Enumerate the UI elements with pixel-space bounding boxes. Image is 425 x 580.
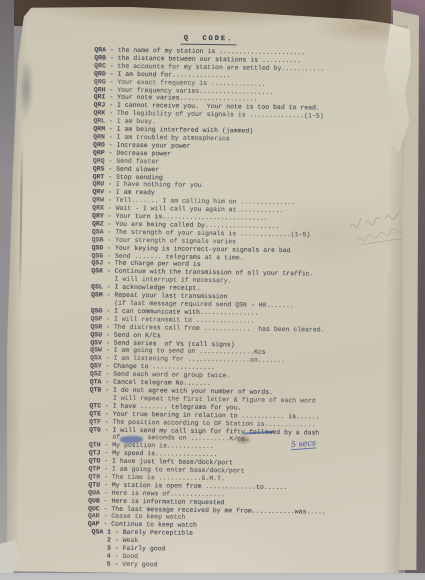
qcode-separator: - [104,165,116,172]
qcode-code: QRB [94,54,106,61]
qcode-code: QSV [90,339,102,346]
qcode-separator: - [102,323,114,330]
qcode-code: QSL [91,284,103,291]
qcode-list: QRA - the name of my station is ........… [87,46,408,572]
qcode-separator: - [102,307,114,314]
qcode-meaning: Increase your power [116,142,190,150]
qcode-separator: - [103,252,115,259]
qcode-separator: - [100,489,112,496]
background-bottom-strip [0,573,425,580]
qcode-code: QRG [94,78,106,85]
paper-crease [19,145,23,295]
qcode-separator: - [103,236,115,243]
qcode-code: QSP [91,315,103,322]
qcode-separator: - [101,379,113,386]
page-title: Q CODE. [181,35,237,46]
qcode-separator: - [104,228,116,235]
qcode-meaning: Send on K/Cs [114,331,161,339]
qcode-meaning: Cancel telegram No....... [113,379,211,387]
qcode-code: QTA [90,378,102,385]
qcode-meaning: Barely Perceptible [123,529,193,537]
handwritten-ink-note: 5 secs [291,438,317,450]
qcode-separator: - [100,481,112,488]
qcode-meaning: Very good [122,561,157,568]
qcode-separator: - [101,402,113,409]
qcode-code: QRH [94,86,106,93]
qcode-separator: - [105,149,117,156]
qcode-separator: - [101,442,113,449]
qcode-separator: - [102,371,114,378]
qcode-separator: - [103,284,115,291]
qcode-separator: - [111,529,123,536]
qcode-code: QRV [92,189,104,196]
qcode-separator: - [104,213,116,220]
qcode-separator: - [102,339,114,346]
qcode-code: QTC [89,402,101,409]
qcode-code: QSM [91,291,103,298]
qcode-separator: - [106,78,118,85]
qcode-separator: - [105,86,117,93]
qcode-code: QRS [93,165,105,172]
qcode-code: QSJ [91,260,103,267]
qcode-separator: - [106,70,118,77]
qcode-code: QRZ [92,220,104,227]
qcode-code: QSB [92,236,104,243]
qcode-code: QSD [92,244,104,251]
qcode-separator: - [111,537,123,544]
qcode-separator: - [105,134,117,141]
qcode-code: 5 [87,560,111,567]
qcode-code: QRC [94,62,106,69]
qcode-code: QRK [93,110,105,117]
qcode-separator: - [102,363,114,370]
qcode-meaning: Good [122,553,138,560]
qcode-code: QUC [88,505,100,512]
qcode-code: QSW [90,347,102,354]
qcode-separator: - [106,62,118,69]
qcode-code: QSU [90,331,102,338]
qcode-code: QTU [88,481,100,488]
qcode-separator: - [105,94,117,101]
qcode-separator: - [100,473,112,480]
qcode-separator: - [102,347,114,354]
typewritten-sheet: Q CODE. QRA - the name of my station is … [0,5,411,577]
qcode-separator: - [105,126,117,133]
ink-strikethrough-blot [120,436,143,443]
qcode-code: QSG [91,252,103,259]
qcode-code: QSA 1 [88,529,112,536]
qcode-separator: - [103,260,115,267]
qcode-separator: - [104,157,116,164]
qcode-meaning: Weak [123,537,139,544]
qcode-separator: - [105,141,117,148]
qcode-code: QSA [92,228,104,235]
qcode-code: 2 [87,537,111,544]
qcode-code: QTP [88,465,100,472]
qcode-separator: - [100,466,112,473]
qcode-code: QRA [94,46,106,53]
qcode-meaning: Fairly good [122,545,165,553]
qcode-code: QSK [91,268,103,275]
qcode-separator: - [111,553,123,560]
qcode-separator: - [102,331,114,338]
qcode-code: QRY [92,212,104,219]
qcode-separator: - [111,561,123,568]
qcode-code: QTE [89,410,101,417]
qcode-meaning: I am ready [116,189,155,197]
qcode-separator: - [104,197,116,204]
qcode-separator: - [100,458,112,465]
qcode-separator: - [106,47,118,54]
qcode-separator: - [101,426,113,433]
ink-smudge-stain [17,53,35,141]
qcode-separator: - [103,292,115,299]
qcode-code: QRX [92,204,104,211]
qcode-meaning: I acknowledge receipt. [114,284,200,292]
qcode-code: QRP [93,149,105,156]
qcode-separator: - [105,118,117,125]
qcode-separator: - [99,521,111,528]
qcode-separator: - [102,315,114,322]
qcode-separator: - [111,545,123,552]
qcode-separator: - [104,220,116,227]
qcode-meaning: Send faster [116,157,159,165]
qcode-separator: - [106,54,118,61]
qcode-separator: - [103,244,115,251]
qcode-separator: - [104,205,116,212]
qcode-code: QRM [93,125,105,132]
qcode-separator: - [104,189,116,196]
qcode-code: QSR [90,323,102,330]
qcode-separator: - [102,355,114,362]
qcode-code: QRD [94,70,106,77]
qcode-code: QTF [89,418,101,425]
qcode-separator: - [104,181,116,188]
qcode-meaning: Decrease power [116,149,171,157]
qcode-separator: - [103,268,115,275]
photographed-document: Q CODE. QRA - the name of my station is … [0,0,425,580]
qcode-code: QTJ [89,450,101,457]
qcode-code: QTO [89,457,101,464]
qcode-code: QRL [93,118,105,125]
qcode-code: QRT [93,173,105,180]
qcode-code: QRU [92,181,104,188]
qcode-separator: - [104,173,116,180]
title-row: Q CODE. [6,24,410,48]
qcode-separator: - [105,102,117,109]
qcode-separator: - [101,386,113,393]
qcode-code: QAR [88,513,100,520]
qcode-code: QRJ [94,102,106,109]
qcode-code: QTH [89,442,101,449]
qcode-separator: - [100,497,112,504]
qcode-code: QUA [88,489,100,496]
qcode-code: QRO [93,141,105,148]
qcode-meaning: Send slower [116,165,159,173]
qcode-separator: - [100,513,112,520]
qcode-code: QTB [90,386,102,393]
qcode-separator: - [100,505,112,512]
qcode-code: QTR [88,473,100,480]
qcode-meaning: Stop sending [116,173,163,181]
qcode-code: QRW [92,197,104,204]
qcode-separator: - [100,450,112,457]
qcode-meaning: I am busy. [117,118,156,126]
qcode-separator: - [105,110,117,117]
qcode-code: QRI [94,94,106,101]
qcode-separator: - [101,418,113,425]
qcode-code: QRN [93,133,105,140]
qcode-code: QTG [89,426,101,433]
qcode-code: 4 [87,552,111,559]
qcode-code: QUB [88,497,100,504]
qcode-code: QSY [90,363,102,370]
qcode-code: QSZ [90,371,102,378]
qcode-separator: - [101,410,113,417]
qcode-code: 3 [87,544,111,551]
qcode-code: QRQ [93,157,105,164]
qcode-code: QAP [88,521,100,528]
qcode-code: QSX [90,355,102,362]
qcode-code: QSO [91,307,103,314]
